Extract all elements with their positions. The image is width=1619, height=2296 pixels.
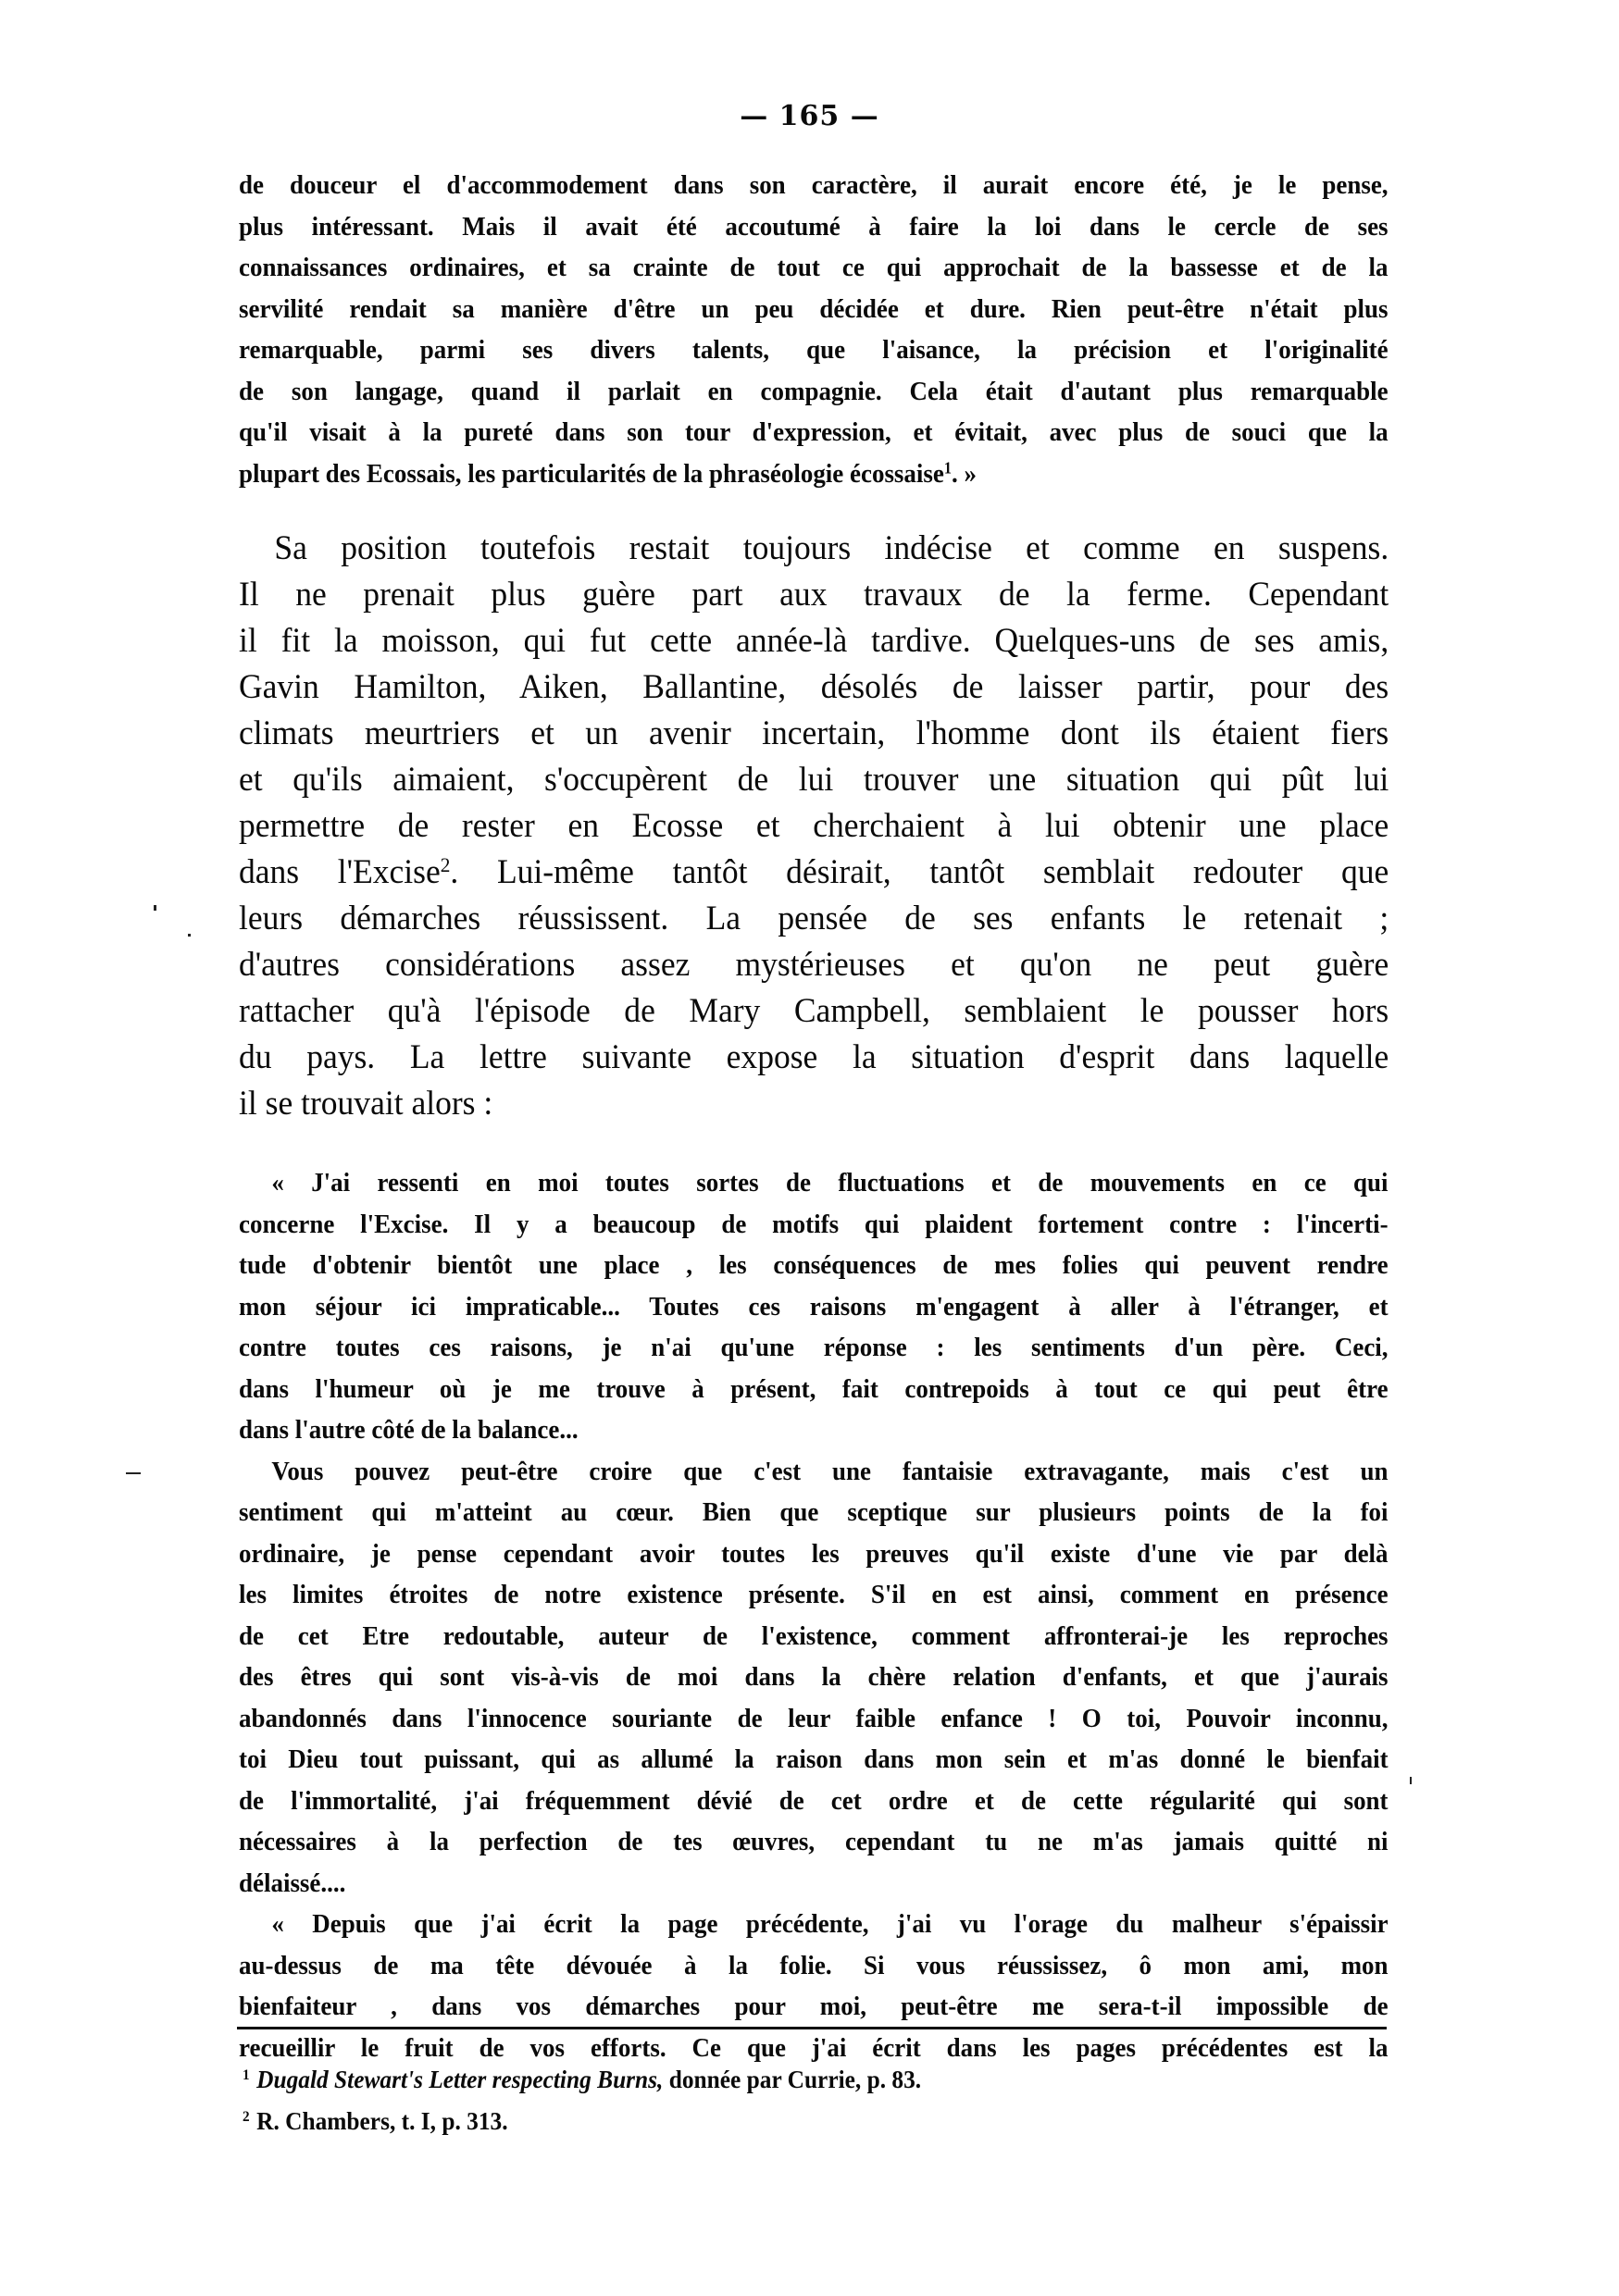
scan-speck [154,905,156,911]
text-line: permettre de rester en Ecosse et chercha… [239,803,1389,850]
text-line: nécessaires à la perfection de tes œuvre… [239,1821,1389,1863]
text-line: remarquable, parmi ses divers talents, q… [239,329,1389,371]
text-line: concerne l'Excise. Il y a beaucoup de mo… [239,1204,1389,1246]
text-line: délaissé.... [239,1863,1389,1905]
footnote-title: Dugald Stewart's Letter respecting Burns… [256,2066,663,2093]
scan-speck [188,934,191,937]
text-line: climats meurtriers et un avenir incertai… [239,711,1389,757]
footnote-number: 2 [243,2108,250,2125]
text-line: dans l'autre côté de la balance... [239,1409,1389,1451]
text-line: de l'immortalité, j'ai fréquemment dévié… [239,1781,1389,1822]
text-line: plus intéressant. Mais il avait été acco… [239,206,1389,248]
text-line: au-dessus de ma tête dévouée à la folie.… [239,1945,1389,1987]
text-line: il se trouvait alors : [239,1081,1389,1127]
text-line: tude d'obtenir bientôt une place , les c… [239,1245,1389,1286]
text-line: sentiment qui m'atteint au cœur. Bien qu… [239,1492,1389,1533]
book-page: — 165 — de douceur el d'accommodement da… [0,0,1619,2296]
text-line: du pays. La lettre suivante expose la si… [239,1035,1389,1081]
text-line: et qu'ils aimaient, s'occupèrent de lui … [239,757,1389,803]
text-line: mon séjour ici impraticable... Toutes ce… [239,1286,1389,1328]
text-line: « J'ai ressenti en moi toutes sortes de … [239,1162,1389,1204]
text-line: d'autres considérations assez mystérieus… [239,942,1389,988]
footnote-text: R. Chambers, t. I, p. 313. [256,2107,507,2135]
text-line: connaissances ordinaires, et sa crainte … [239,247,1389,289]
footnote-divider [237,2027,1387,2029]
text-line: des êtres qui sont vis-à-vis de moi dans… [239,1657,1389,1698]
text-line: de douceur el d'accommodement dans son c… [239,165,1389,206]
text-line: abandonnés dans l'innocence souriante de… [239,1698,1389,1740]
text-line: toi Dieu tout puissant, qui as allumé la… [239,1739,1389,1781]
footnote-1: 1Dugald Stewart's Letter respecting Burn… [243,2056,1200,2098]
text-line: rattacher qu'à l'épisode de Mary Campbel… [239,988,1389,1035]
main-paragraph: Sa position toutefois restait toujours i… [239,526,1389,1127]
text-line: plupart des Ecossais, les particularités… [239,453,1389,495]
text-line: Sa position toutefois restait toujours i… [239,526,1389,572]
text-line: ordinaire, je pense cependant avoir tout… [239,1533,1389,1575]
text-line: servilité rendait sa manière d'être un p… [239,289,1389,330]
text-line: dans l'humeur où je me trouve à présent,… [239,1369,1389,1410]
text-line: Gavin Hamilton, Aiken, Ballantine, désol… [239,664,1389,711]
text-line: « Depuis que j'ai écrit la page précéden… [239,1904,1389,1945]
letter-quote: « J'ai ressenti en moi toutes sortes de … [239,1162,1389,2068]
text-line: contre toutes ces raisons, je n'ai qu'un… [239,1327,1389,1369]
text-line: de cet Etre redoutable, auteur de l'exis… [239,1616,1389,1657]
footnote-2: 2R. Chambers, t. I, p. 313. [243,2098,1200,2140]
footnote-ref-2[interactable]: 2 [441,853,451,876]
footnote-number: 1 [243,2066,250,2083]
text-line: leurs démarches réussissent. La pensée d… [239,896,1389,942]
text-line: bienfaiteur , dans vos démarches pour mo… [239,1986,1389,2028]
text-line: il fit la moisson, qui fut cette année-l… [239,618,1389,664]
text-line: de son langage, quand il parlait en comp… [239,371,1389,413]
page-number: — 165 — [0,100,1619,132]
text-line: dans l'Excise2. Lui-même tantôt désirait… [239,850,1389,896]
text-line: Vous pouvez peut-être croire que c'est u… [239,1451,1389,1493]
text-line: les limites étroites de notre existence … [239,1574,1389,1616]
footnote-ref-1[interactable]: 1 [944,458,952,477]
footnotes: 1Dugald Stewart's Letter respecting Burn… [243,2056,1200,2140]
scan-speck [126,1472,141,1474]
footnote-text: donnée par Currie, p. 83. [663,2066,921,2093]
text-line: qu'il visait à la pureté dans son tour d… [239,412,1389,453]
scan-speck [1410,1777,1412,1784]
intro-paragraph: de douceur el d'accommodement dans son c… [239,165,1389,494]
text-line: Il ne prenait plus guère part aux travau… [239,572,1389,618]
